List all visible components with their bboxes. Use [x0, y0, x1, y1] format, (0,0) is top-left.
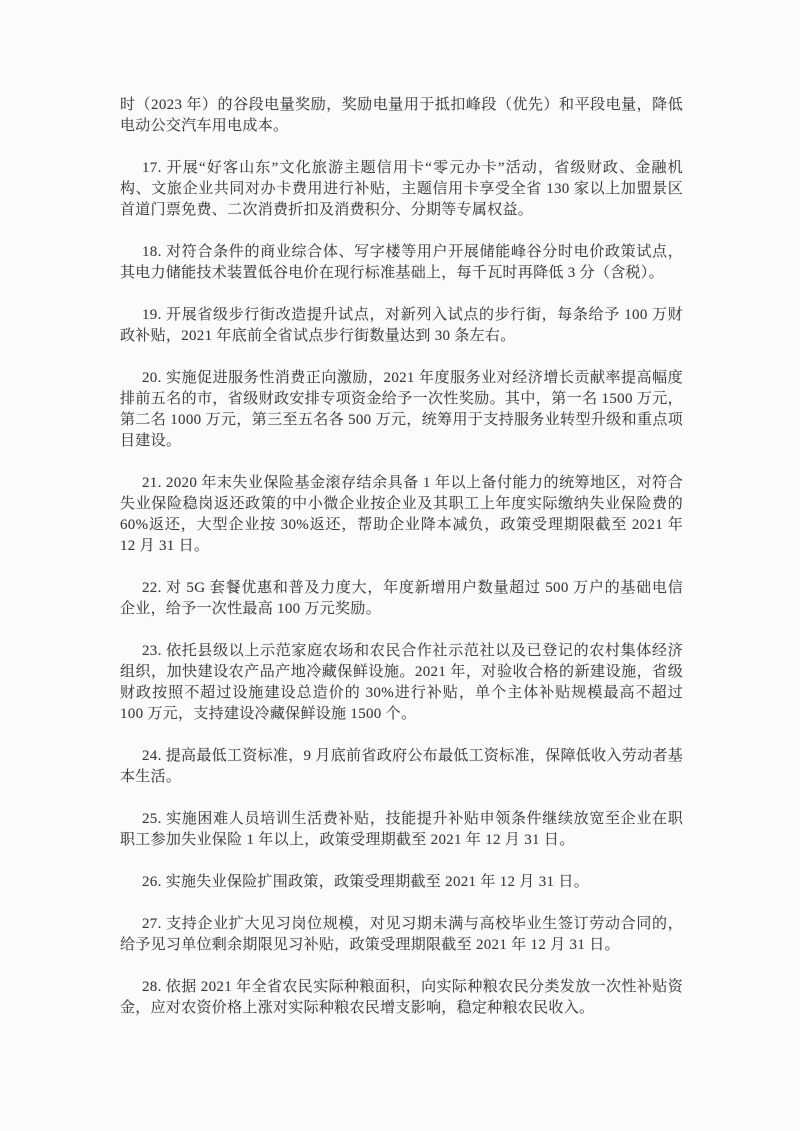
numbered-paragraph: 19. 开展省级步行街改造提升试点，对新列入试点的步行街，每条给予 100 万财… [120, 305, 683, 347]
numbered-paragraph: 18. 对符合条件的商业综合体、写字楼等用户开展储能峰谷分时电价政策试点，其电力… [120, 242, 683, 284]
continuation-paragraph: 时（2023 年）的谷段电量奖励，奖励电量用于抵扣峰段（优先）和平段电量，降低电… [120, 95, 683, 137]
numbered-paragraph: 24. 提高最低工资标准，9 月底前省政府公布最低工资标准，保障低收入劳动者基本… [120, 746, 683, 788]
numbered-paragraph: 20. 实施促进服务性消费正向激励，2021 年度服务业对经济增长贡献率提高幅度… [120, 368, 683, 452]
numbered-paragraph: 27. 支持企业扩大见习岗位规模，对见习期未满与高校毕业生签订劳动合同的，给予见… [120, 914, 683, 956]
numbered-paragraph: 22. 对 5G 套餐优惠和普及力度大，年度新增用户数量超过 500 万户的基础… [120, 578, 683, 620]
numbered-paragraph: 25. 实施困难人员培训生活费补贴，技能提升补贴申领条件继续放宽至企业在职职工参… [120, 809, 683, 851]
document-page: 时（2023 年）的谷段电量奖励，奖励电量用于抵扣峰段（优先）和平段电量，降低电… [0, 0, 800, 1131]
numbered-paragraph: 26. 实施失业保险扩围政策，政策受理期截至 2021 年 12 月 31 日。 [120, 872, 683, 893]
numbered-paragraph: 23. 依托县级以上示范家庭农场和农民合作社示范社以及已登记的农村集体经济组织，… [120, 641, 683, 725]
document-body: 时（2023 年）的谷段电量奖励，奖励电量用于抵扣峰段（优先）和平段电量，降低电… [120, 95, 683, 1019]
numbered-paragraph: 21. 2020 年末失业保险基金滚存结余具备 1 年以上备付能力的统筹地区，对… [120, 473, 683, 557]
numbered-paragraph: 28. 依据 2021 年全省农民实际种粮面积，向实际种粮农民分类发放一次性补贴… [120, 977, 683, 1019]
numbered-paragraph: 17. 开展“好客山东”文化旅游主题信用卡“零元办卡”活动，省级财政、金融机构、… [120, 158, 683, 221]
